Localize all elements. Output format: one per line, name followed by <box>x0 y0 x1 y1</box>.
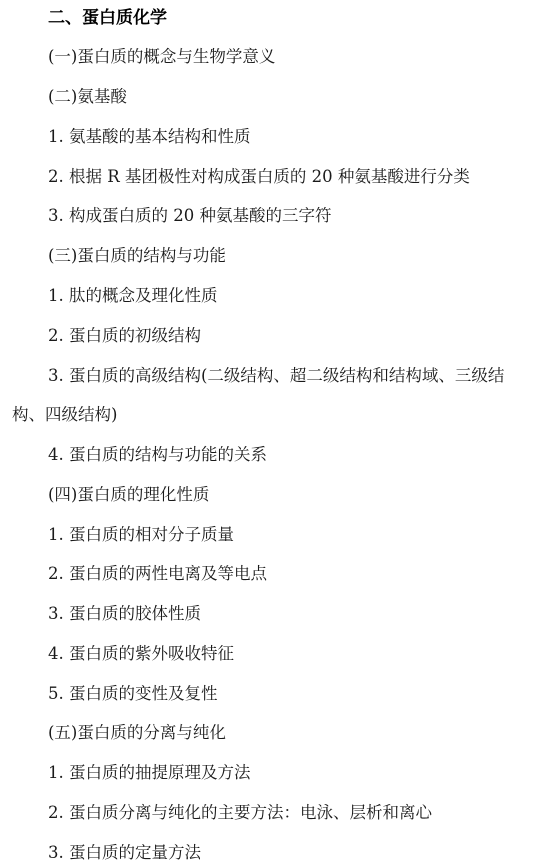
list-item: 1. 肽的概念及理化性质 <box>48 286 218 306</box>
subsection-title: (一)蛋白质的概念与生物学意义 <box>48 47 275 67</box>
list-item-continuation: 构、四级结构) <box>12 405 117 425</box>
list-item: 1. 蛋白质的相对分子质量 <box>48 525 234 545</box>
list-item: 2. 蛋白质的两性电离及等电点 <box>48 564 267 584</box>
subsection-title: (五)蛋白质的分离与纯化 <box>48 723 226 743</box>
list-item: 2. 蛋白质的初级结构 <box>48 326 201 346</box>
list-item: 3. 蛋白质的高级结构(二级结构、超二级结构和结构域、三级结 <box>48 366 504 386</box>
list-item: 1. 氨基酸的基本结构和性质 <box>48 127 251 147</box>
list-item: 3. 蛋白质的定量方法 <box>48 843 201 863</box>
list-item: 5. 蛋白质的变性及复性 <box>48 684 218 704</box>
subsection-title: (三)蛋白质的结构与功能 <box>48 246 226 266</box>
list-item: 4. 蛋白质的紫外吸收特征 <box>48 644 234 664</box>
list-item: 2. 根据 R 基团极性对构成蛋白质的 20 种氨基酸进行分类 <box>48 167 470 187</box>
subsection-title: (四)蛋白质的理化性质 <box>48 485 209 505</box>
subsection-title: (二)氨基酸 <box>48 87 127 107</box>
section-heading: 二、蛋白质化学 <box>48 8 167 28</box>
list-item: 1. 蛋白质的抽提原理及方法 <box>48 763 251 783</box>
list-item: 4. 蛋白质的结构与功能的关系 <box>48 445 267 465</box>
list-item: 3. 构成蛋白质的 20 种氨基酸的三字符 <box>48 206 331 226</box>
list-item: 2. 蛋白质分离与纯化的主要方法：电泳、层析和离心 <box>48 803 432 823</box>
list-item: 3. 蛋白质的胶体性质 <box>48 604 201 624</box>
